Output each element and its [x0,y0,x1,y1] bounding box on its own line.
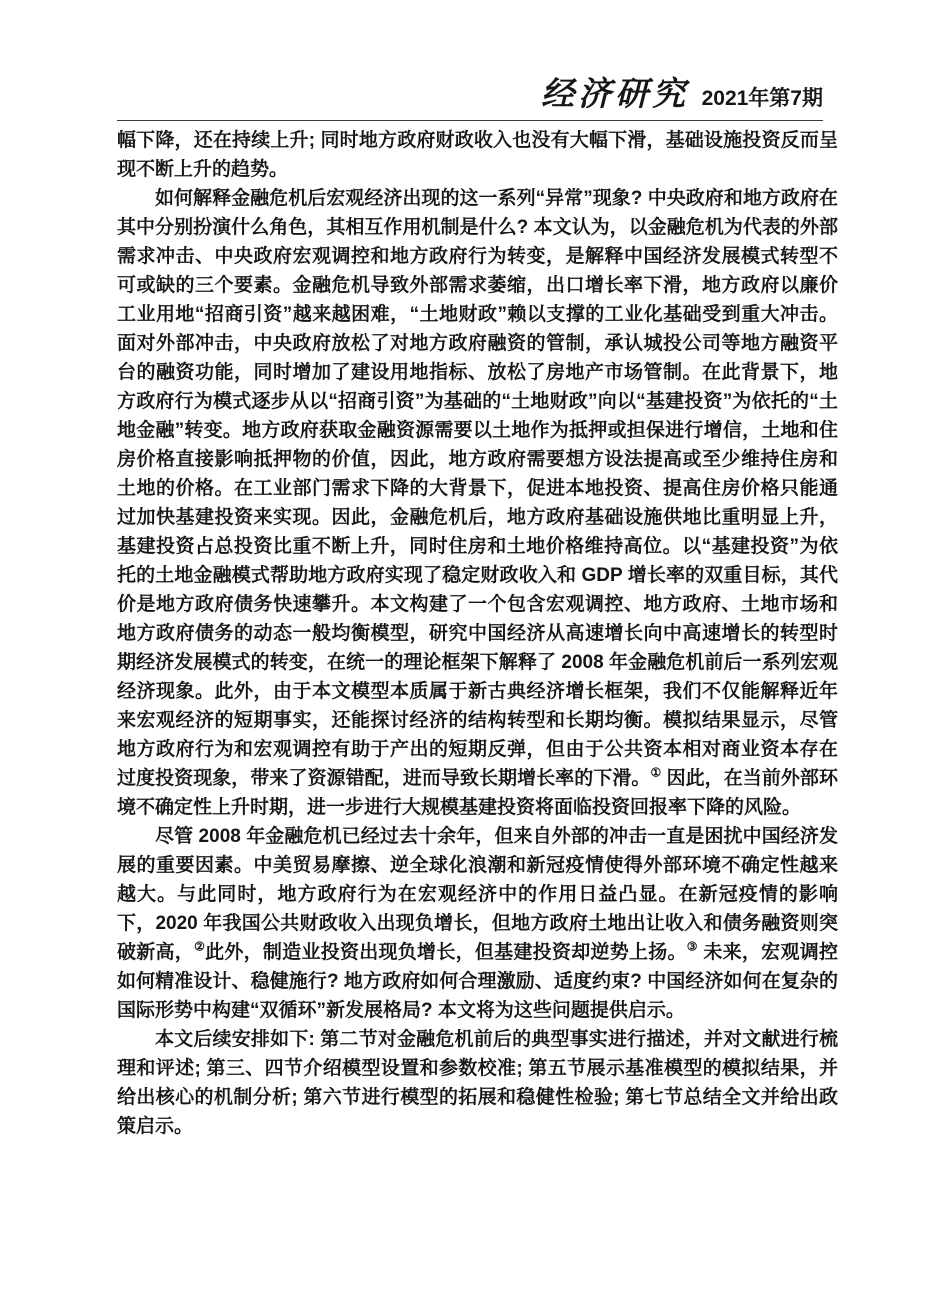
journal-page: 经济研究 2021年第7期 幅下降，还在持续上升; 同时地方政府财政收入也没有大… [0,0,950,1290]
journal-logo: 经济研究 [541,74,689,113]
footnote-marker: ② [194,940,205,954]
paragraph: 如何解释金融危机后宏观经济出现的这一系列“异常”现象? 中央政府和地方政府在其中… [117,184,838,822]
article-body: 幅下降，还在持续上升; 同时地方政府财政收入也没有大幅下滑，基础设施投资反而呈现… [117,126,838,1141]
issue-label: 2021年第7期 [702,87,823,110]
footnote-marker: ③ [687,940,698,954]
paragraph: 尽管 2008 年金融危机已经过去十余年，但来自外部的冲击一直是困扰中国经济发展… [117,822,838,1025]
paragraph: 本文后续安排如下: 第二节对金融危机前后的典型事实进行描述，并对文献进行梳理和评… [117,1025,838,1141]
footnote-marker: ① [650,766,661,780]
page-header: 经济研究 2021年第7期 [117,68,823,121]
paragraph: 幅下降，还在持续上升; 同时地方政府财政收入也没有大幅下滑，基础设施投资反而呈现… [117,126,838,184]
